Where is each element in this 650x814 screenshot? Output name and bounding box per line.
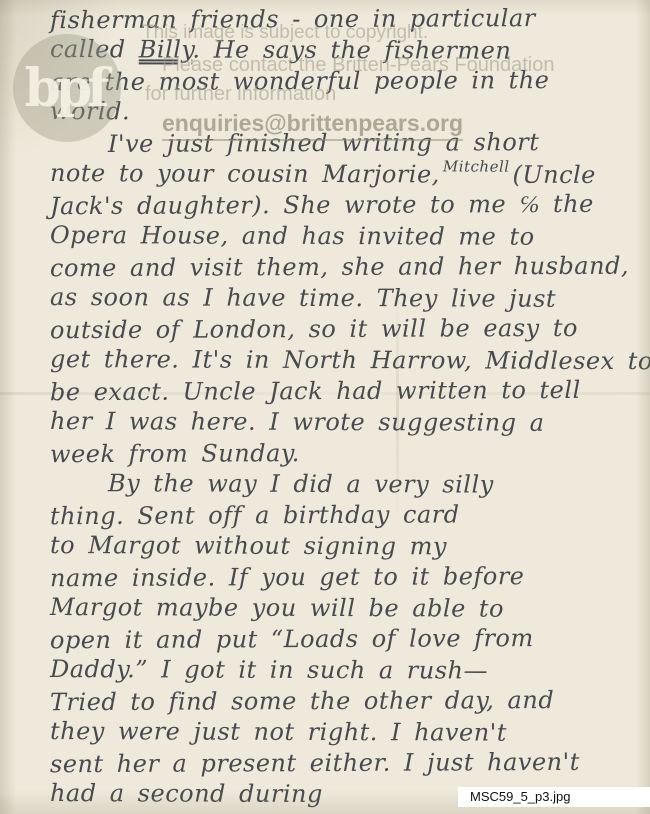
letter-body: fisherman friends - one in particularcal… xyxy=(0,4,650,810)
handwritten-line: week from Sunday. xyxy=(0,437,650,471)
handwritten-line: name inside. If you get to it before xyxy=(0,561,650,595)
handwritten-line: thing. Sent off a birthday card xyxy=(0,499,650,533)
handwritten-line: are the most wonderful people in the xyxy=(0,65,650,99)
handwritten-line: open it and put “Loads of love from xyxy=(0,623,650,657)
handwritten-text: name inside. If you get to it before xyxy=(50,562,525,592)
handwritten-text: fisherman friends - one in particular xyxy=(50,4,536,34)
scanned-letter-page: fisherman friends - one in particularcal… xyxy=(0,0,650,814)
filename-label: MSC59_5_p3.jpg xyxy=(458,787,650,807)
handwritten-line: as soon as I have time. They live just xyxy=(0,282,650,315)
handwritten-line: come and visit them, she and her husband… xyxy=(0,251,650,285)
handwritten-text: come and visit them, she and her husband… xyxy=(50,252,629,283)
handwritten-text: sent her a present either. I just haven'… xyxy=(50,748,580,778)
handwritten-text: as soon as I have time. They live just xyxy=(50,283,556,313)
handwritten-text: Opera House, and has invited me to xyxy=(50,221,535,251)
handwritten-line: fisherman friends - one in particular xyxy=(0,3,650,37)
handwritten-text: outside of London, so it will be easy to xyxy=(50,314,578,344)
handwritten-line: her I was here. I wrote suggesting a xyxy=(0,406,650,439)
handwritten-text: her I was here. I wrote suggesting a xyxy=(50,407,545,437)
handwritten-line: be exact. Uncle Jack had written to tell xyxy=(0,375,650,409)
handwritten-text: Jack's daughter). She wrote to me ℅ the xyxy=(50,190,594,220)
handwritten-text: had a second during xyxy=(50,779,323,808)
handwritten-text: Margot maybe you will be able to xyxy=(50,593,504,623)
handwritten-line: By the way I did a very silly xyxy=(0,468,650,501)
handwritten-line: Daddy.” I got it in such a rush— xyxy=(0,654,650,687)
handwritten-text: . He says the fishermen xyxy=(192,36,511,65)
handwritten-text: thing. Sent off a birthday card xyxy=(50,500,460,530)
handwritten-line: get there. It's in North Harrow, Middles… xyxy=(0,344,650,377)
inserted-word: Mitchell xyxy=(443,157,510,175)
handwritten-text: week from Sunday. xyxy=(50,439,300,468)
handwritten-text: Billy xyxy=(139,35,193,63)
handwritten-text: (Uncle xyxy=(512,161,595,189)
handwritten-line: sent her a present either. I just haven'… xyxy=(0,747,650,781)
handwritten-text: be exact. Uncle Jack had written to tell xyxy=(50,376,581,406)
handwritten-line: note to your cousin Marjorie,Mitchell(Un… xyxy=(0,158,650,191)
handwritten-line: Tried to find some the other day, and xyxy=(0,685,650,719)
handwritten-line: Margot maybe you will be able to xyxy=(0,592,650,625)
handwritten-text: By the way I did a very silly xyxy=(108,469,494,498)
handwritten-text: get there. It's in North Harrow, Middles… xyxy=(50,345,650,375)
handwritten-text: world. xyxy=(50,97,130,125)
handwritten-text: I've just finished writing a short xyxy=(108,128,539,158)
handwritten-text: Tried to find some the other day, and xyxy=(50,686,554,716)
handwritten-text: to Margot without signing my xyxy=(50,531,447,560)
handwritten-text: Daddy.” I got it in such a rush— xyxy=(50,655,488,685)
handwritten-line: world. xyxy=(0,96,650,129)
handwritten-text: open it and put “Loads of love from xyxy=(50,624,534,654)
handwritten-line: Opera House, and has invited me to xyxy=(0,220,650,253)
handwritten-line: Jack's daughter). She wrote to me ℅ the xyxy=(0,189,650,223)
handwritten-text: they were just not right. I haven't xyxy=(50,717,507,747)
handwritten-text: called xyxy=(50,35,139,63)
handwritten-line: called Billy. He says the fishermen xyxy=(0,34,650,67)
handwritten-text: note to your cousin Marjorie, xyxy=(50,159,440,188)
handwritten-text: are the most wonderful people in the xyxy=(50,66,550,96)
handwritten-line: outside of London, so it will be easy to xyxy=(0,313,650,347)
handwritten-line: they were just not right. I haven't xyxy=(0,716,650,749)
handwritten-line: I've just finished writing a short xyxy=(0,127,650,161)
handwritten-line: to Margot without signing my xyxy=(0,530,650,563)
